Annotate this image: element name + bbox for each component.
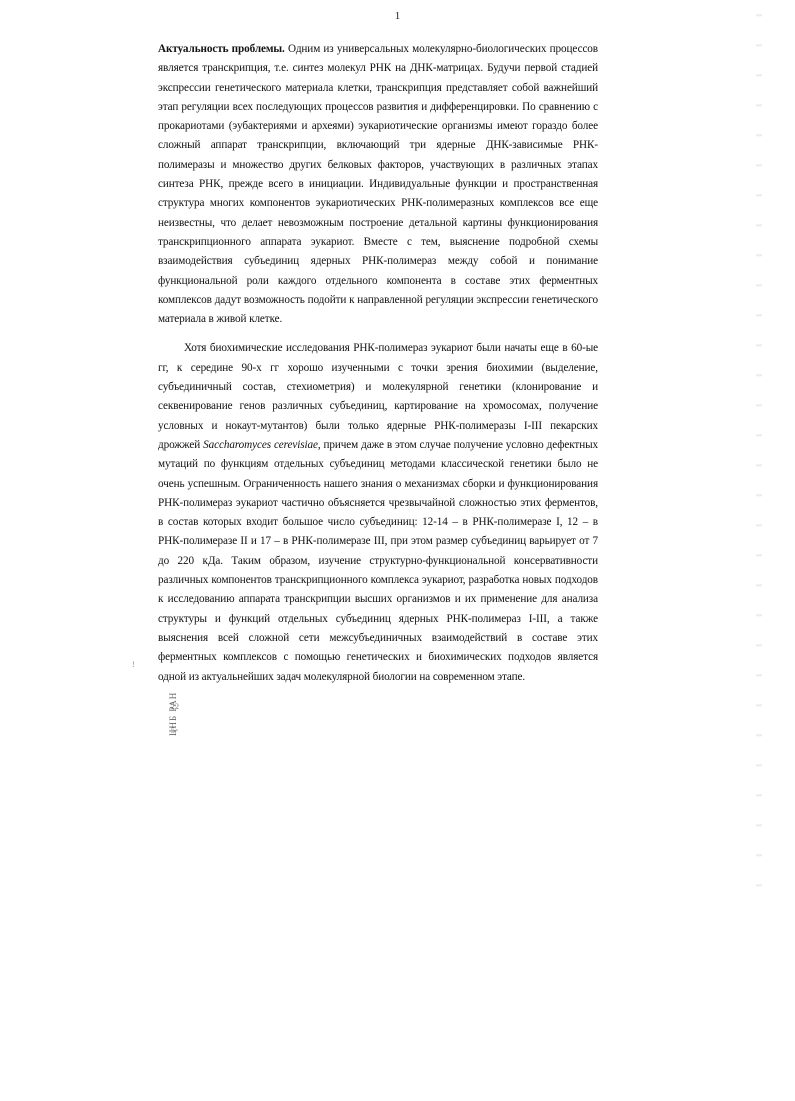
paragraph-text: Хотя биохимические исследования РНК-поли… [158,342,598,450]
species-name: Saccharomyces cerevisiae [203,439,318,451]
paragraph-history: Хотя биохимические исследования РНК-поли… [158,339,598,686]
section-heading: Актуальность проблемы. [158,43,285,55]
paragraph-text: , причем даже в этом случае получение ус… [158,439,598,683]
paragraph-text: Одним из универсальных молекулярно-биоло… [158,43,598,325]
margin-mark: 5 [171,726,175,735]
scan-artifact-edge [756,0,762,900]
margin-mark: 22 [171,702,179,711]
paragraph-relevance: Актуальность проблемы. Одним из универса… [158,40,598,329]
margin-mark: ! [132,660,135,669]
page-number: 1 [0,10,795,22]
document-body: Актуальность проблемы. Одним из универса… [158,40,598,697]
